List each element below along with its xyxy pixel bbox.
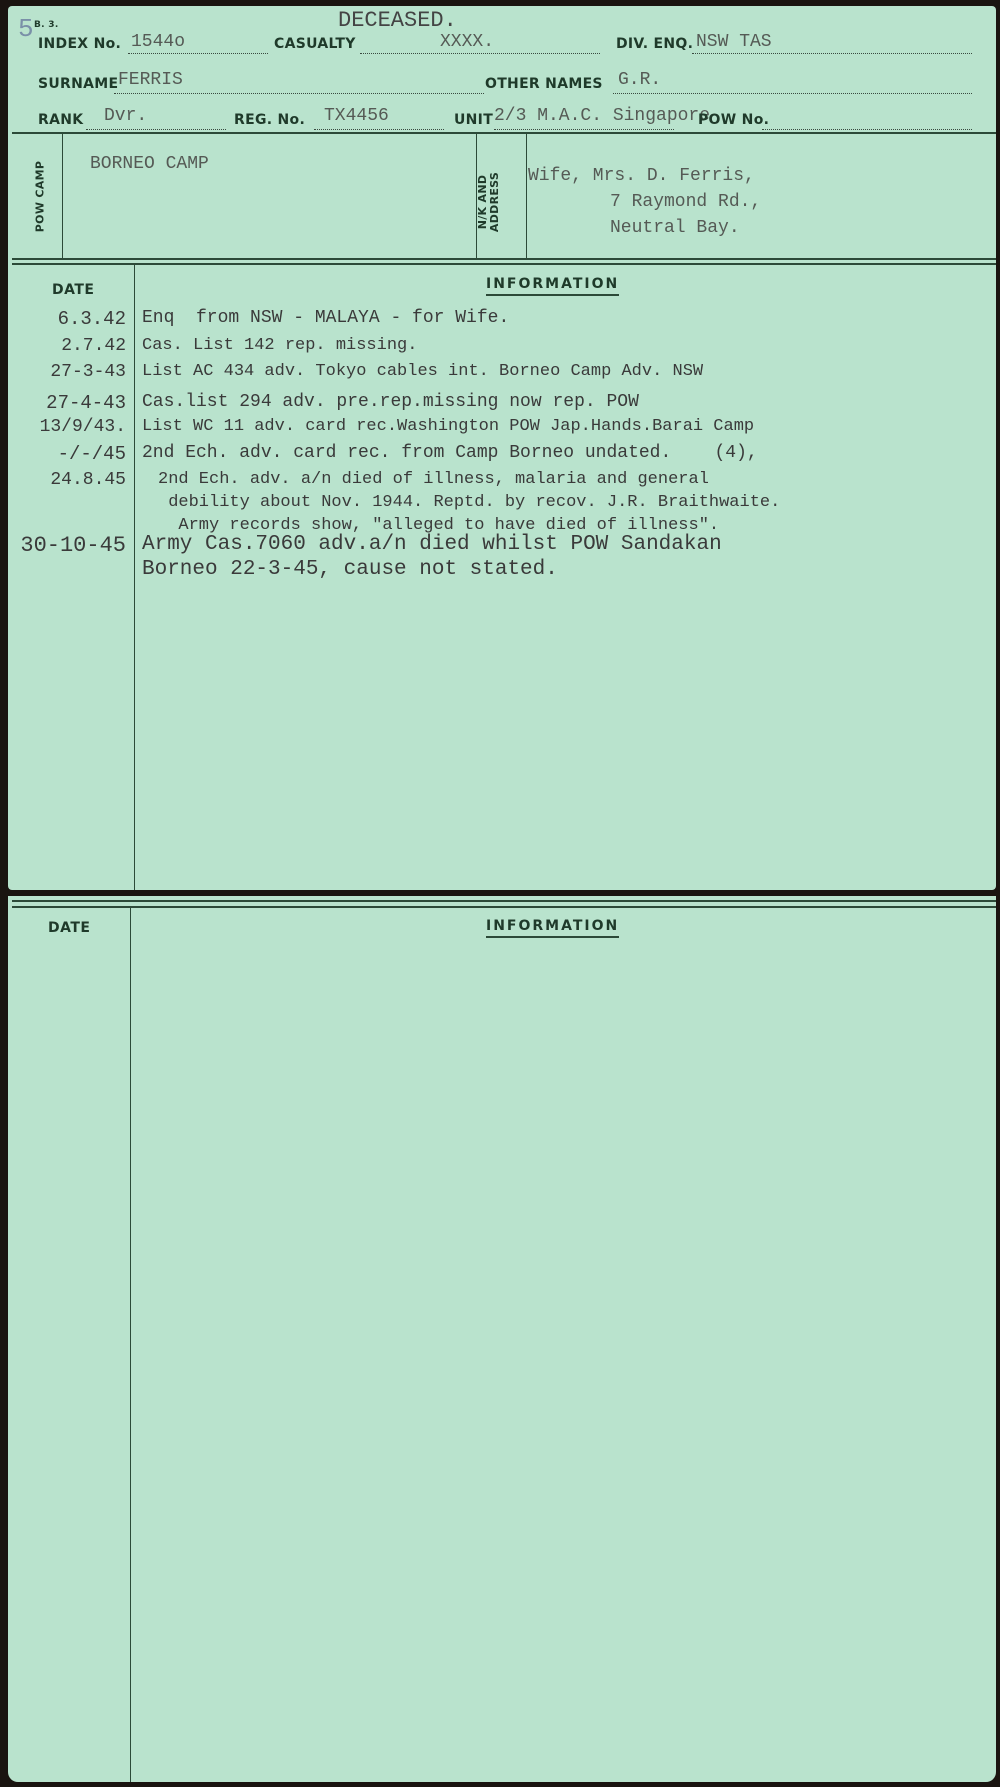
- entry-info-line: 2nd Ech. adv. a/n died of illness, malar…: [158, 470, 709, 489]
- pow-no-label: POW No.: [698, 112, 769, 128]
- pencil-mark: 5: [18, 14, 34, 44]
- entry-date: -/-/45: [8, 443, 126, 465]
- entry-info-line: List AC 434 adv. Tokyo cables int. Borne…: [142, 362, 703, 381]
- nok-line-3: Neutral Bay.: [610, 218, 740, 238]
- other-names-label: OTHER NAMES: [485, 76, 603, 92]
- surname-value: FERRIS: [118, 70, 183, 90]
- reg-no-value: TX4456: [324, 106, 389, 126]
- nok-label: N/K AND ADDRESS: [477, 162, 501, 242]
- entry-date: 6.3.42: [8, 308, 126, 330]
- entry-date: 27-4-43: [8, 392, 126, 414]
- status-stamp: DECEASED.: [338, 8, 457, 33]
- entry-info-line: Cas. List 142 rep. missing.: [142, 336, 417, 355]
- div-enq-label: DIV. ENQ.: [616, 36, 693, 52]
- back-date-header: DATE: [48, 920, 90, 936]
- reg-no-label: REG. No.: [234, 112, 305, 128]
- back-information-header: INFORMATION: [486, 918, 619, 938]
- pow-camp-value: BORNEO CAMP: [90, 154, 209, 174]
- pow-camp-label: POW CAMP: [34, 157, 47, 237]
- entry-date: 24.8.45: [8, 470, 126, 490]
- index-no-value: 1544o: [131, 32, 185, 52]
- entry-date: 27-3-43: [8, 362, 126, 382]
- nok-line-2: 7 Raymond Rd.,: [610, 192, 761, 212]
- entry-date: 2.7.42: [8, 336, 126, 356]
- entry-info-line: Cas.list 294 adv. pre.rep.missing now re…: [142, 392, 639, 412]
- entry-info-line: debility about Nov. 1944. Reptd. by reco…: [158, 493, 780, 512]
- casualty-value: XXXX.: [440, 32, 494, 52]
- surname-label: SURNAME: [38, 76, 118, 92]
- record-card-back: DATE INFORMATION: [8, 896, 996, 1782]
- nok-line-1: Wife, Mrs. D. Ferris,: [528, 166, 755, 186]
- entry-info-line: Borneo 22-3-45, cause not stated.: [142, 558, 558, 581]
- entry-info-line: List WC 11 adv. card rec.Washington POW …: [142, 417, 754, 436]
- entry-info-line: Enq from NSW - MALAYA - for Wife.: [142, 308, 509, 328]
- rank-label: RANK: [38, 112, 83, 128]
- record-card-front: 5 B. 3. DECEASED. INDEX No. 1544o CASUAL…: [8, 6, 996, 890]
- unit-value: 2/3 M.A.C. Singapore: [494, 106, 710, 126]
- date-header: DATE: [52, 282, 94, 298]
- div-enq-value: NSW TAS: [696, 32, 772, 52]
- corner-mark: B. 3.: [34, 20, 59, 30]
- casualty-label: CASUALTY: [274, 36, 356, 52]
- rank-value: Dvr.: [104, 106, 147, 126]
- entry-date: 30-10-45: [8, 533, 126, 558]
- information-header: INFORMATION: [486, 276, 619, 296]
- other-names-value: G.R.: [618, 70, 661, 90]
- entry-info-line: 2nd Ech. adv. card rec. from Camp Borneo…: [142, 443, 758, 463]
- entry-date: 13/9/43.: [8, 417, 126, 437]
- unit-label: UNIT: [454, 112, 493, 128]
- entry-info-line: Army Cas.7060 adv.a/n died whilst POW Sa…: [142, 533, 722, 556]
- index-no-label: INDEX No.: [38, 36, 121, 52]
